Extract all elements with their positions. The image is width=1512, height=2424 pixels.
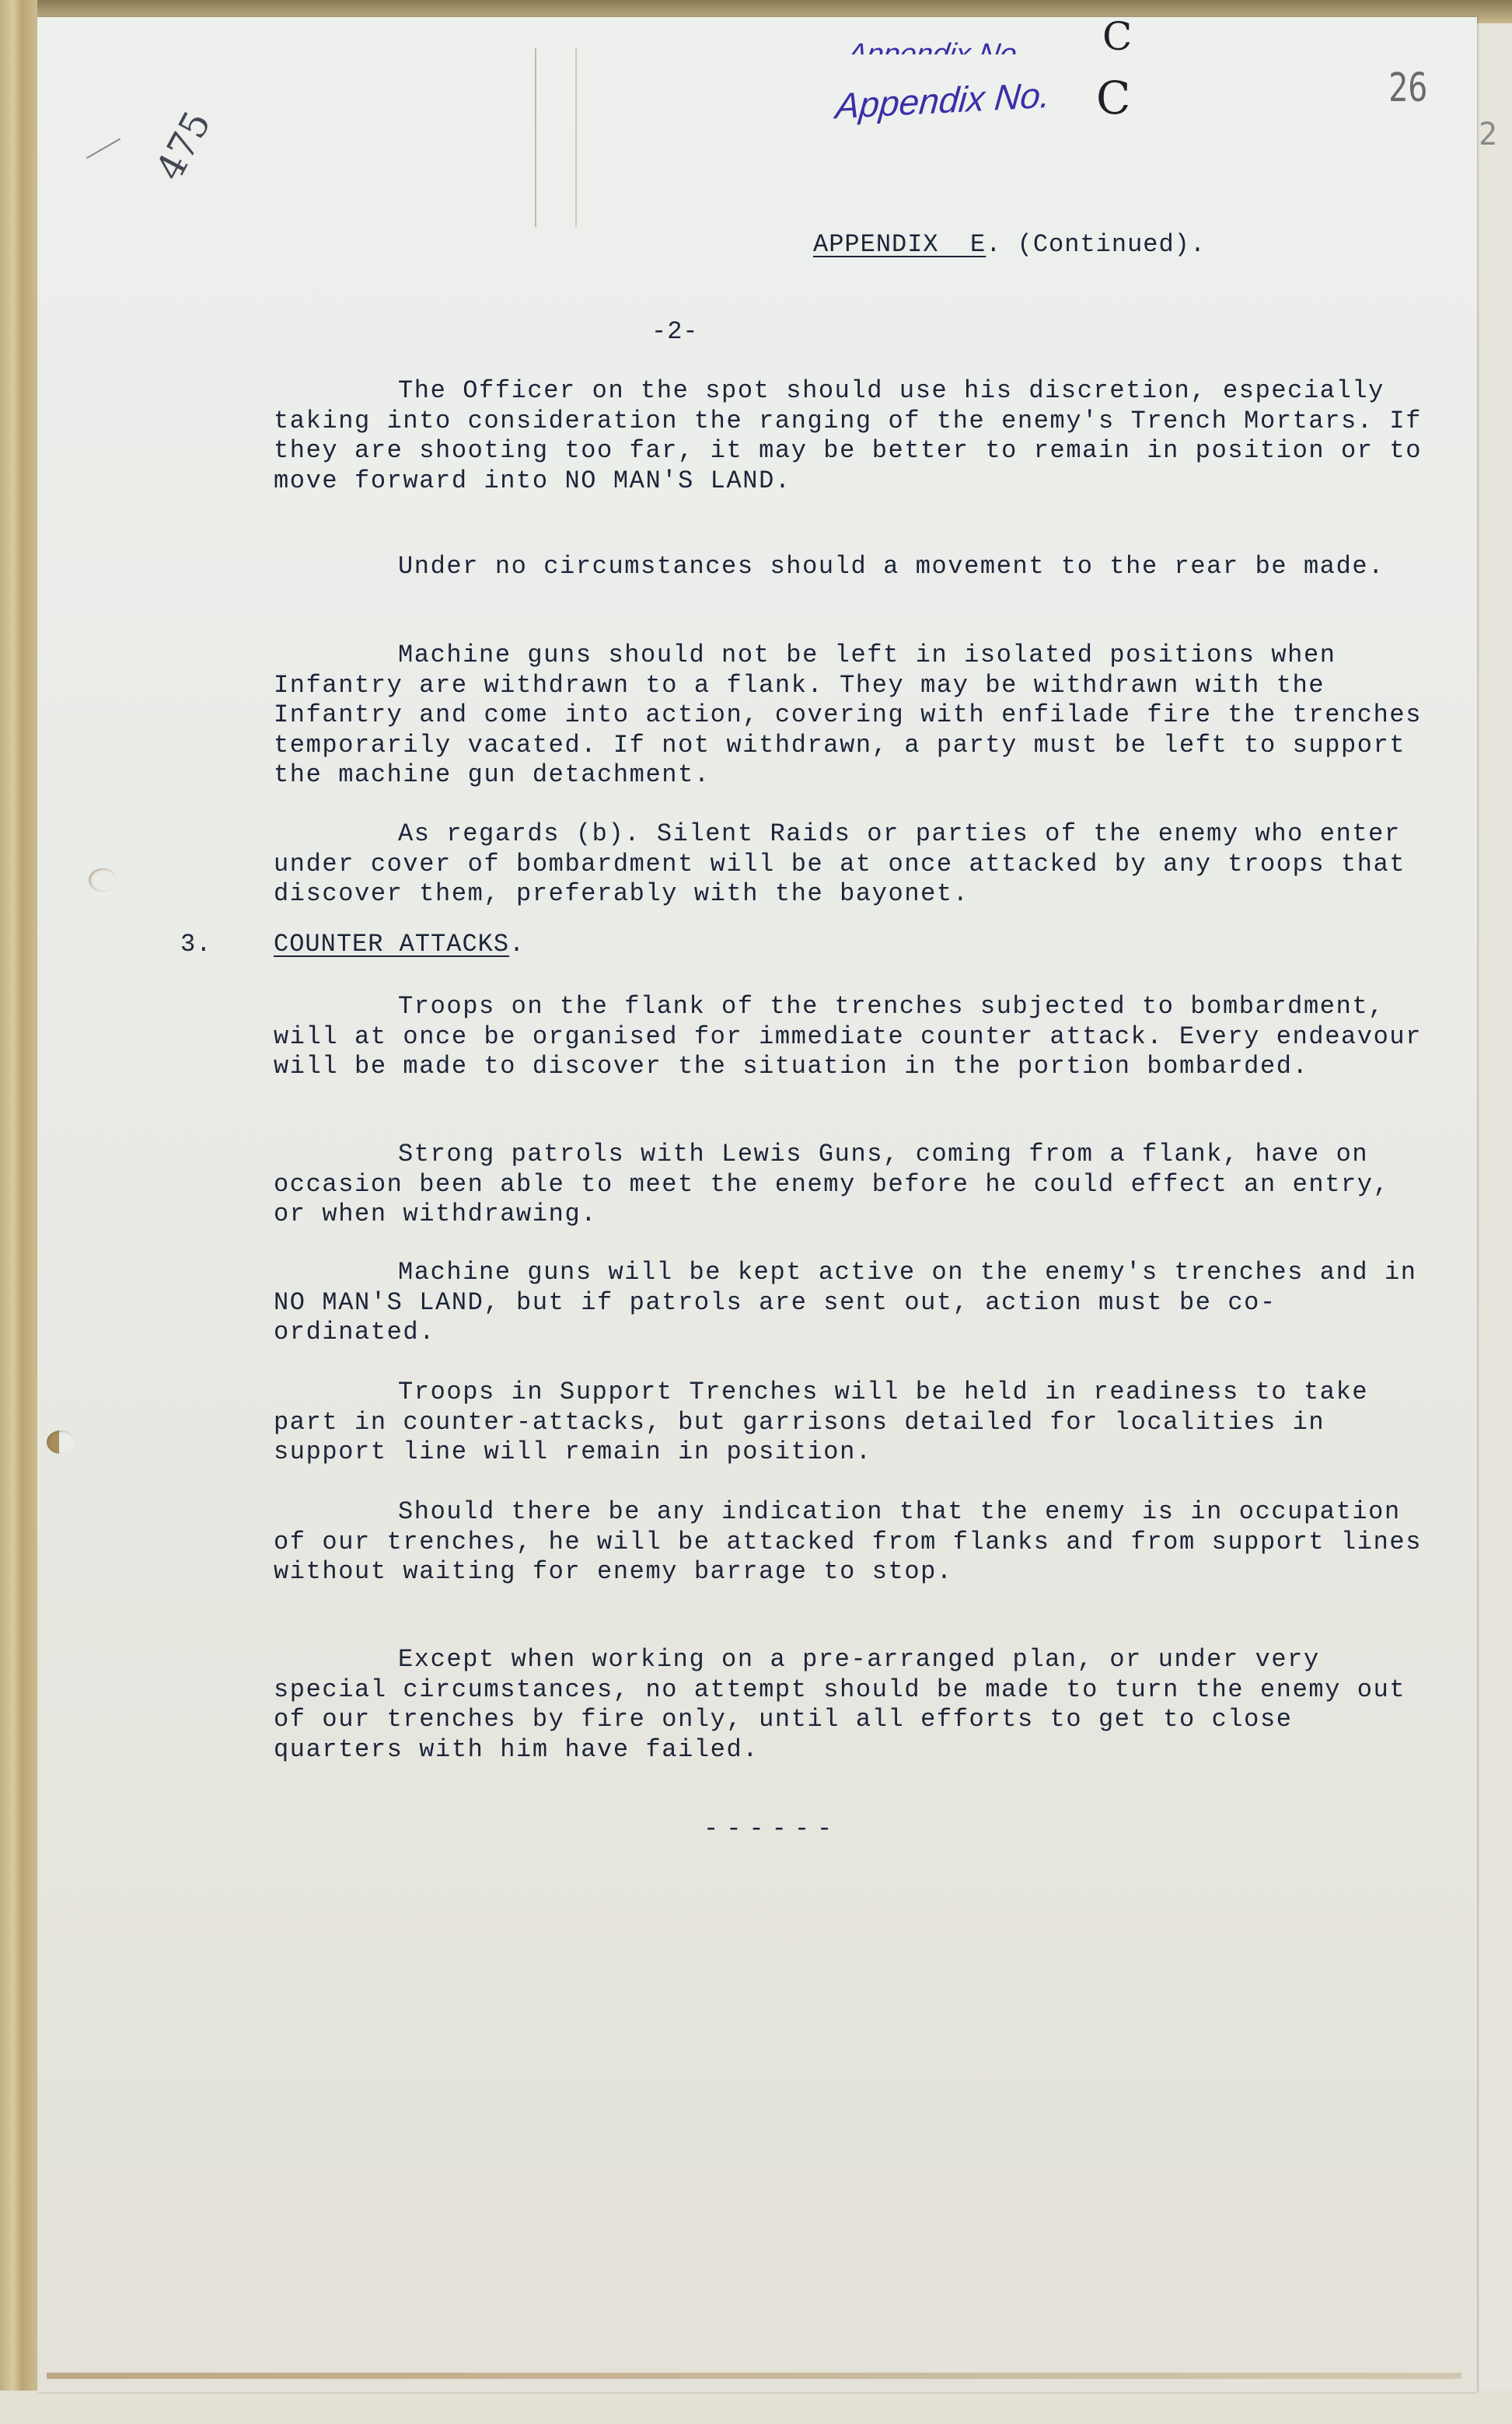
handwritten-appendix-letter: C xyxy=(1102,14,1132,59)
paragraph: Troops in Support Trenches will be held … xyxy=(274,1378,1424,1468)
paragraph-text: Except when working on a pre-arranged pl… xyxy=(274,1645,1424,1765)
paragraph-text: The Officer on the spot should use his d… xyxy=(274,376,1424,496)
heading-suffix: . (Continued). xyxy=(986,230,1206,259)
section-title-text: COUNTER ATTACKS xyxy=(274,930,509,959)
punch-hole xyxy=(47,1430,75,1454)
page-marker: -2- xyxy=(651,317,699,346)
heading-title: APPENDIX E xyxy=(813,230,986,259)
paragraph: The Officer on the spot should use his d… xyxy=(274,376,1424,496)
document-heading: APPENDIX E. (Continued). xyxy=(813,230,1206,259)
punch-hole xyxy=(89,868,117,892)
paragraph: Should there be any indication that the … xyxy=(274,1497,1424,1587)
paragraph-text: Should there be any indication that the … xyxy=(274,1497,1424,1587)
paragraph: As regards (b). Silent Raids or parties … xyxy=(274,819,1424,910)
stamp-text: Appendix No xyxy=(847,38,1019,54)
fold-crease xyxy=(535,48,577,227)
paragraph-text: Under no circumstances should a movement… xyxy=(274,552,1424,582)
paragraph-text: Troops in Support Trenches will be held … xyxy=(274,1378,1424,1468)
rust-stain xyxy=(47,2373,1461,2379)
paragraph: Except when working on a pre-arranged pl… xyxy=(274,1645,1424,1765)
underlying-folio-number: 2 xyxy=(1479,117,1497,152)
folio-number: 26 xyxy=(1388,65,1428,110)
paragraph: Strong patrols with Lewis Guns, coming f… xyxy=(274,1140,1424,1230)
paragraph: Machine guns will be kept active on the … xyxy=(274,1258,1424,1348)
paragraph: Troops on the flank of the trenches subj… xyxy=(274,992,1424,1082)
folder-binding xyxy=(0,0,37,2424)
paragraph-text: Machine guns will be kept active on the … xyxy=(274,1258,1424,1348)
paragraph-text: Strong patrols with Lewis Guns, coming f… xyxy=(274,1140,1424,1230)
handwritten-appendix-letter: C xyxy=(1096,72,1130,124)
paragraph-text: Troops on the flank of the trenches subj… xyxy=(274,992,1424,1082)
paragraph: Machine guns should not be left in isola… xyxy=(274,641,1424,791)
underlying-sheet-bottom xyxy=(0,2391,1512,2424)
paragraph-text: As regards (b). Silent Raids or parties … xyxy=(274,819,1424,910)
section-number: 3. xyxy=(180,930,211,959)
paragraph: Under no circumstances should a movement… xyxy=(274,552,1424,582)
section-title: COUNTER ATTACKS. xyxy=(274,930,525,959)
end-rule: ------ xyxy=(704,1815,840,1843)
paragraph-text: Machine guns should not be left in isola… xyxy=(274,641,1424,791)
section-title-suffix: . xyxy=(509,930,525,959)
appendix-stamp-partial: Appendix No xyxy=(847,31,1020,54)
